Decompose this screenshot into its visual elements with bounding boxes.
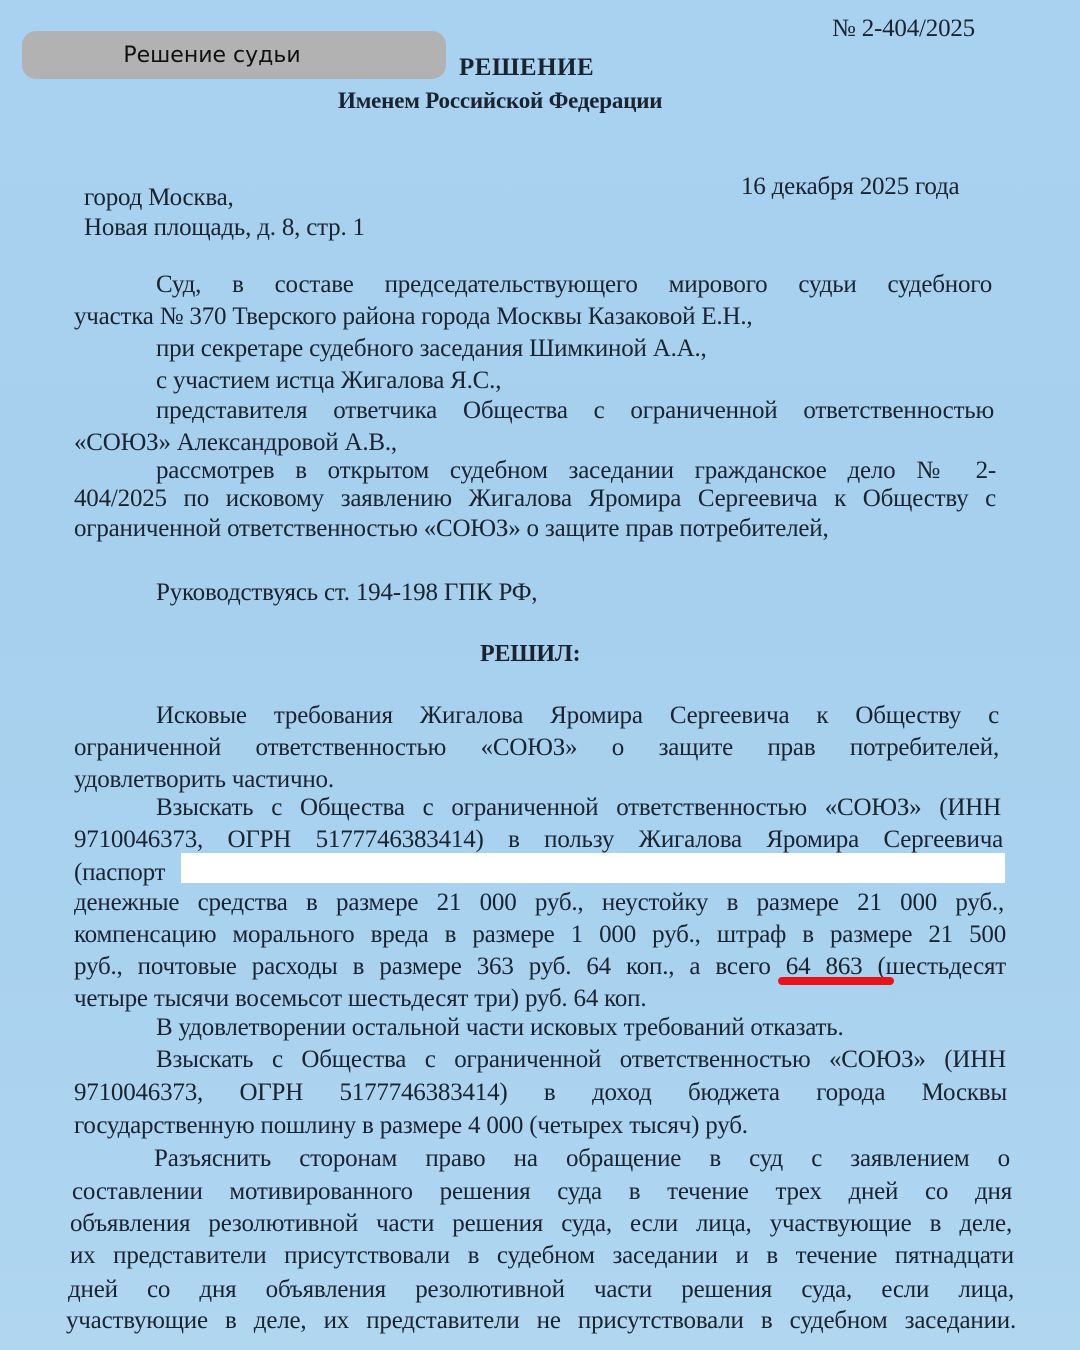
document-photo: Решение судьи № 2-404/2025 РЕШЕНИЕ Имене… [0,0,1080,1350]
ruling-line: участвующие в деле, их представители не … [66,1306,1016,1336]
ruling-line: Исковые требования Жигалова Яромира Серг… [156,701,999,731]
ruling-line: государственную пошлину в размере 4 000 … [74,1111,748,1141]
ruling-line: денежные средства в размере 21 000 руб.,… [74,888,1004,918]
intro-line: 404/2025 по исковому заявлению Жигалова … [74,484,996,514]
ruling-line: Разъяснить сторонам право на обращение в… [154,1144,1010,1174]
intro-line: представителя ответчика Общества с огран… [156,396,994,426]
document-subtitle: Именем Российской Федерации [338,86,662,116]
redaction-box [181,853,1005,883]
decided-heading: РЕШИЛ: [480,639,580,669]
intro-line: участка № 370 Тверского района города Мо… [74,302,752,332]
intro-line: ограниченной ответственностью «СОЮЗ» о з… [74,514,829,544]
ruling-line: ограниченной ответственностью «СОЮЗ» о з… [74,733,999,763]
ruling-line: Взыскать с Общества с ограниченной ответ… [156,1045,1006,1075]
label-tag: Решение судьи [22,31,446,79]
intro-line: с участием истца Жигалова Я.С., [156,366,501,396]
guided-by-line: Руководствуясь ст. 194-198 ГПК РФ, [156,578,537,608]
place-address: Новая площадь, д. 8, стр. 1 [84,213,365,243]
total-amount-highlight [778,977,894,985]
intro-line: при секретаре судебного заседания Шимкин… [156,334,707,364]
case-number: № 2-404/2025 [832,14,975,44]
ruling-line: 9710046373, ОГРН 5177746383414) в доход … [74,1078,1007,1108]
ruling-line: В удовлетворении остальной части исковых… [156,1013,844,1043]
ruling-line: 9710046373, ОГРН 5177746383414) в пользу… [74,825,1003,855]
ruling-line: объявления резолютивной части решения су… [70,1209,1012,1239]
intro-line: Суд, в составе председательствующего мир… [156,270,992,300]
ruling-line: Взыскать с Общества с ограниченной ответ… [156,793,1001,823]
intro-line: «СОЮЗ» Александровой А.В., [74,428,397,458]
ruling-line: их представители присутствовали в судебн… [70,1241,1014,1271]
ruling-line: составлении мотивированного решения суда… [72,1177,1012,1207]
place-city: город Москва, [84,183,234,213]
decision-date: 16 декабря 2025 года [741,172,959,202]
ruling-line: компенсацию морального вреда в размере 1… [74,920,1006,950]
ruling-line: удовлетворить частично. [74,765,334,795]
ruling-line: дней со дня объявления резолютивной част… [68,1275,1014,1305]
label-tag-text: Решение судьи [123,43,300,68]
ruling-line: (паспорт [74,858,165,888]
document-title: РЕШЕНИЕ [459,53,594,83]
intro-line: рассмотрев в открытом судебном заседании… [156,456,996,486]
ruling-line: четыре тысячи восемьсот шестьдесят три) … [74,984,646,1014]
